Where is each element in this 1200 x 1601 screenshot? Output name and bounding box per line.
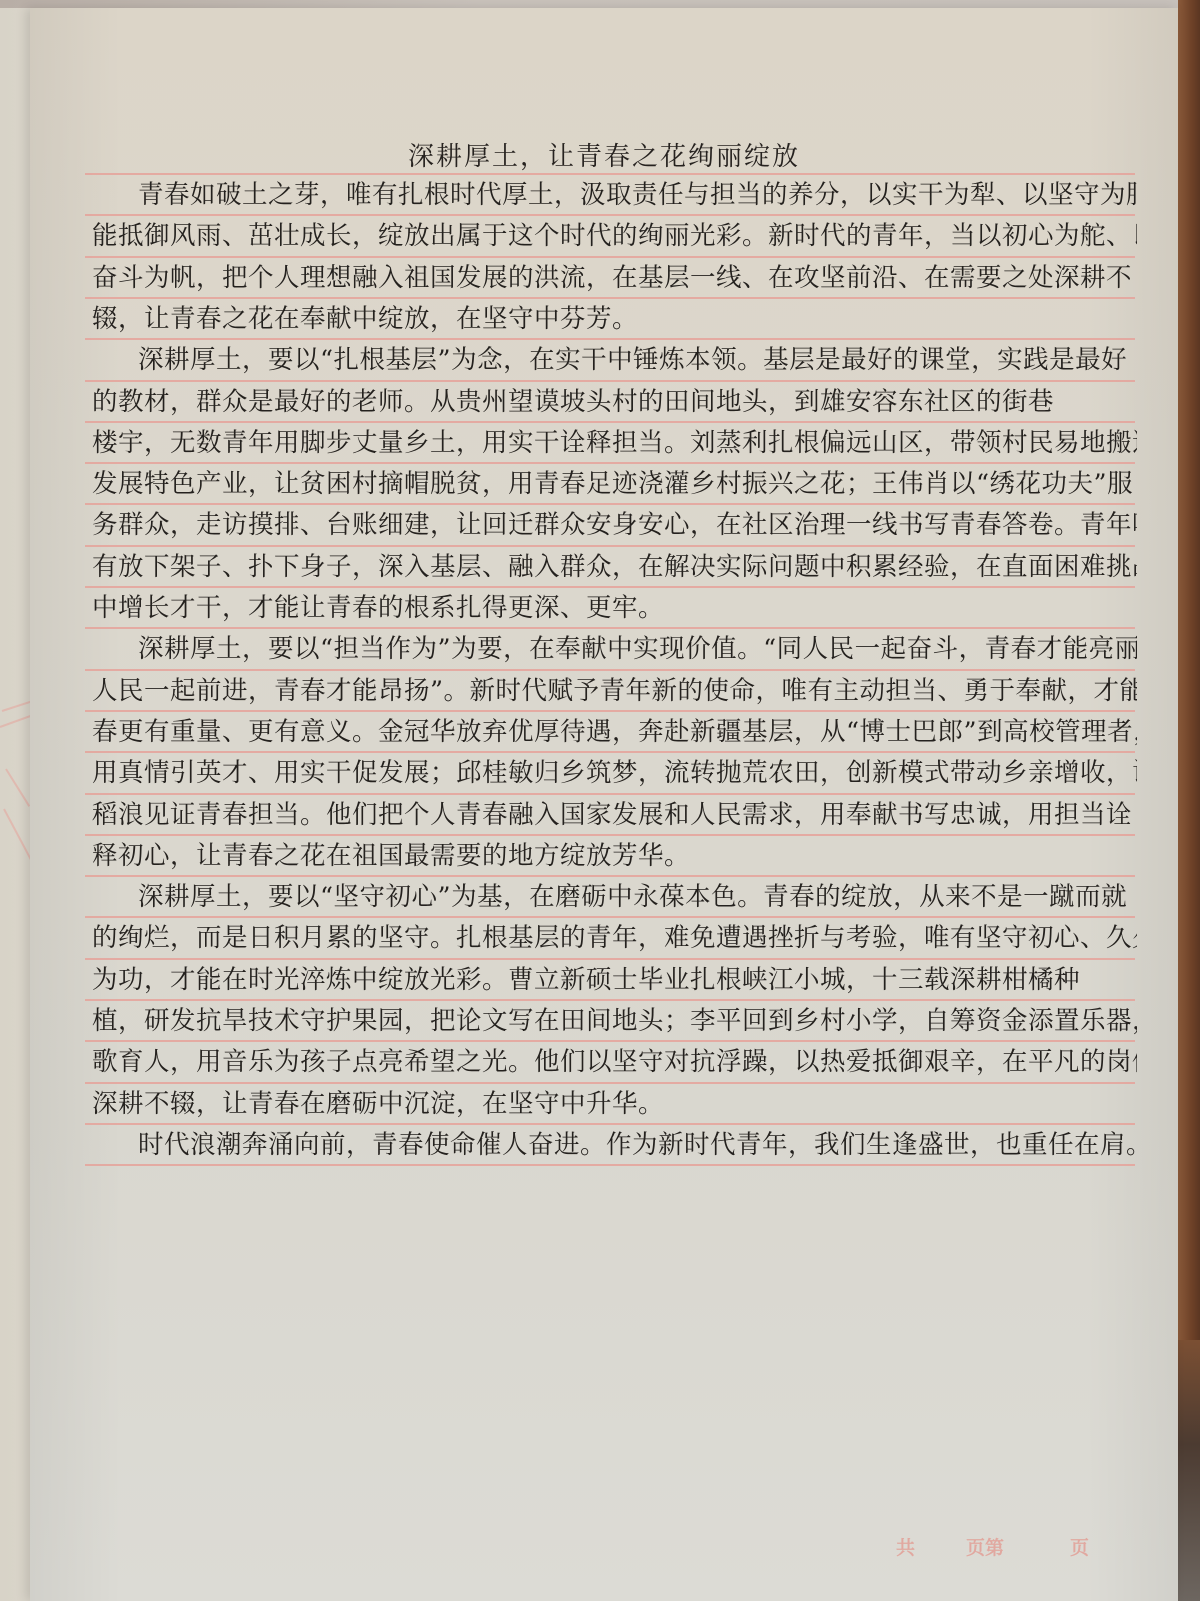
ruled-line [85, 503, 1135, 505]
ruled-line [85, 214, 1135, 216]
ruled-line [85, 1164, 1135, 1166]
essay-line: 青春如破土之芽，唯有扎根时代厚土，汲取责任与担当的养分，以实干为犁、以坚守为肥，… [92, 178, 1137, 212]
ruled-line [85, 627, 1135, 629]
ruled-line [85, 256, 1135, 258]
essay-line: 务群众，走访摸排、台账细建，让回迁群众安身安心，在社区治理一线书写青春答卷。青年… [92, 508, 1137, 542]
essay-line: 发展特色产业，让贫困村摘帽脱贫，用青春足迹浇灌乡村振兴之花；王伟肖以“绣花功夫”… [92, 467, 1137, 501]
essay-line: 用真情引英才、用实干促发展；邱桂敏归乡筑梦，流转抛荒农田，创新模式带动乡亲增收，… [92, 756, 1137, 790]
essay-line: 深耕厚土，要以“坚守初心”为基，在磨砺中永葆本色。青春的绽放，从来不是一蹴而就 [92, 880, 1137, 914]
ruled-line [85, 462, 1135, 464]
ruled-line [85, 916, 1135, 918]
ruled-line [85, 834, 1135, 836]
ruled-line [85, 545, 1135, 547]
essay-line: 深耕厚土，要以“扎根基层”为念，在实干中锤炼本领。基层是最好的课堂，实践是最好 [92, 343, 1137, 377]
ruled-line [85, 421, 1135, 423]
ruled-line [85, 297, 1135, 299]
essay-line: 辍，让青春之花在奉献中绽放，在坚守中芬芳。 [92, 302, 1137, 336]
essay-line: 的教材，群众是最好的老师。从贵州望谟坡头村的田间地头，到雄安容东社区的街巷 [92, 385, 1137, 419]
essay-line: 能抵御风雨、茁壮成长，绽放出属于这个时代的绚丽光彩。新时代的青年，当以初心为舵、… [92, 219, 1137, 253]
essay-line: 歌育人，用音乐为孩子点亮希望之光。他们以坚守对抗浮躁，以热爱抵御艰辛，在平凡的岗… [92, 1045, 1137, 1079]
footer-page-label: 页第 [966, 1533, 1004, 1560]
footer-page-end-label: 页 [1070, 1533, 1089, 1560]
essay-line: 春更有重量、更有意义。金冠华放弃优厚待遇，奔赴新疆基层，从“博士巴郎”到高校管理… [92, 715, 1137, 749]
essay-line: 植，研发抗旱技术守护果园，把论文写在田间地头；李平回到乡村小学，自筹资金添置乐器… [92, 1004, 1137, 1038]
essay-sheet: 深耕厚土，让青春之花绚丽绽放 青春如破土之芽，唯有扎根时代厚土，汲取责任与担当的… [30, 8, 1178, 1601]
essay-line: 释初心，让青春之花在祖国最需要的地方绽放芳华。 [92, 839, 1137, 873]
essay-line: 的绚烂，而是日积月累的坚守。扎根基层的青年，难免遭遇挫折与考验，唯有坚守初心、久… [92, 921, 1137, 955]
ruled-line [85, 793, 1135, 795]
ruled-line [85, 173, 1135, 175]
essay-line: 中增长才干，才能让青春的根系扎得更深、更牢。 [92, 591, 1137, 625]
ruled-line [85, 999, 1135, 1001]
essay-line: 深耕不辍，让青春在磨砺中沉淀，在坚守中升华。 [92, 1087, 1137, 1121]
essay-line: 人民一起前进，青春才能昂扬”。新时代赋予青年新的使命，唯有主动担当、勇于奉献，才… [92, 674, 1137, 708]
footer-total-label: 共 [896, 1533, 915, 1560]
essay-line: 时代浪潮奔涌向前，青春使命催人奋进。作为新时代青年，我们生逢盛世，也重任在肩。不… [92, 1128, 1137, 1162]
ruled-line [85, 875, 1135, 877]
essay-line: 楼宇，无数青年用脚步丈量乡土，用实干诠释担当。刘蒸利扎根偏远山区，带领村民易地搬… [92, 426, 1137, 460]
ruled-line [85, 669, 1135, 671]
essay-line: 为功，才能在时光淬炼中绽放光彩。曹立新硕士毕业扎根峡江小城，十三载深耕柑橘种 [92, 963, 1137, 997]
ruled-line [85, 338, 1135, 340]
essay-line: 奋斗为帆，把个人理想融入祖国发展的洪流，在基层一线、在攻坚前沿、在需要之处深耕不 [92, 261, 1137, 295]
essay-line: 深耕厚土，要以“担当作为”为要，在奉献中实现价值。“同人民一起奋斗，青春才能亮丽… [92, 632, 1137, 666]
ruled-line [85, 380, 1135, 382]
essay-line: 有放下架子、扑下身子，深入基层、融入群众，在解决实际问题中积累经验，在直面困难挑… [92, 550, 1137, 584]
ruled-line [85, 1123, 1135, 1125]
ruled-line [85, 751, 1135, 753]
ruled-line [85, 710, 1135, 712]
ruled-line [85, 1082, 1135, 1084]
ruled-line [85, 1040, 1135, 1042]
ruled-line [85, 958, 1135, 960]
underlying-page-mark [5, 768, 30, 806]
ruled-line [85, 586, 1135, 588]
essay-line: 稻浪见证青春担当。他们把个人青春融入国家发展和人民需求，用奉献书写忠诚，用担当诠 [92, 798, 1137, 832]
essay-title: 深耕厚土，让青春之花绚丽绽放 [30, 136, 1178, 173]
